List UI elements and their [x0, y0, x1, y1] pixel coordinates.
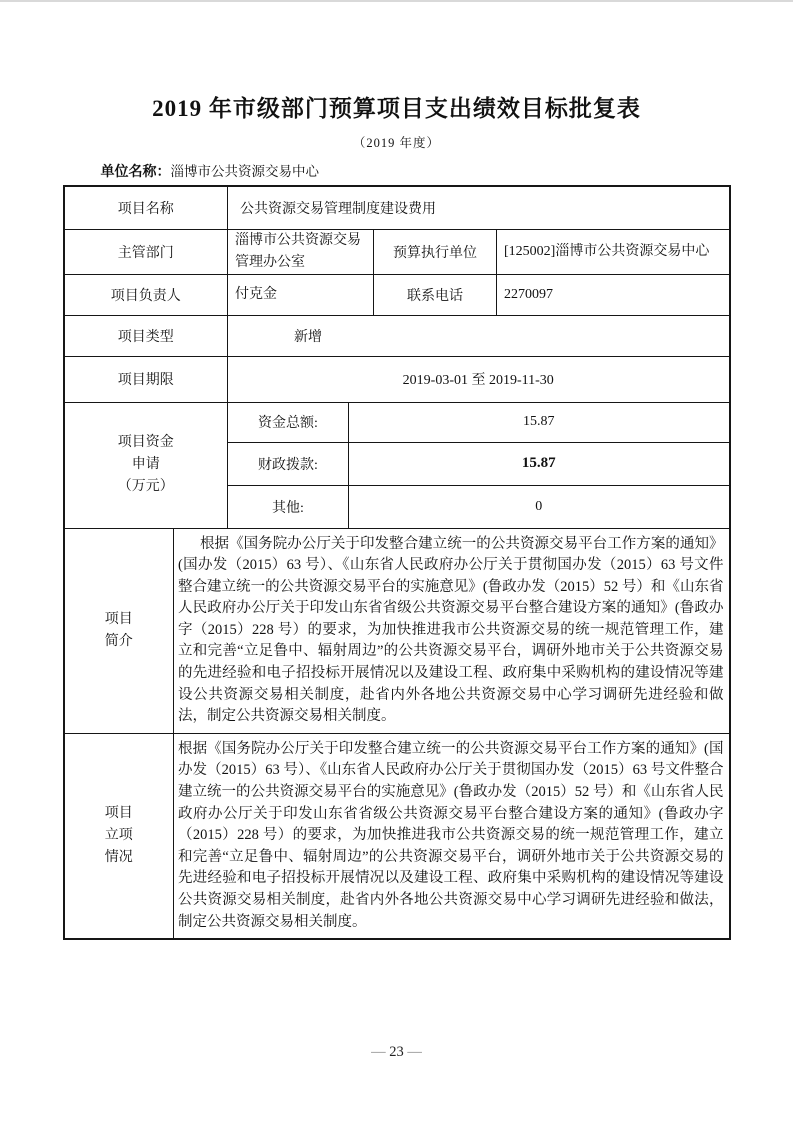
- budget-performance-table: 项目名称 公共资源交易管理制度建设费用 主管部门 淄博市公共资源交易管理办公室 …: [63, 185, 731, 940]
- table-row: 项目资金 申请 （万元） 资金总额: 15.87: [64, 402, 730, 442]
- funding-total-value: 15.87: [349, 402, 730, 442]
- project-period-value: 2019-03-01 至 2019-11-30: [228, 356, 730, 402]
- project-type-value: 新增: [228, 315, 730, 356]
- funding-total-label: 资金总额:: [228, 402, 349, 442]
- project-approval-text: 根据《国务院办公厅关于印发整合建立统一的公共资源交易平台工作方案的通知》(国办发…: [174, 733, 730, 939]
- project-type-label: 项目类型: [64, 315, 228, 356]
- table-row: 项目 立项 情况 根据《国务院办公厅关于印发整合建立统一的公共资源交易平台工作方…: [64, 733, 730, 939]
- project-intro-text: 根据《国务院办公厅关于印发整合建立统一的公共资源交易平台工作方案的通知》(国办发…: [174, 528, 730, 733]
- table-row: 主管部门 淄博市公共资源交易管理办公室 预算执行单位 [125002]淄博市公共…: [64, 229, 730, 274]
- page-number-right-dash: —: [407, 1044, 422, 1060]
- leader-label: 项目负责人: [64, 274, 228, 315]
- unit-name-line: 单位名称：淄博市公共资源交易中心: [64, 160, 730, 181]
- unit-name-label: 单位名称：: [101, 165, 171, 180]
- department-value: 淄博市公共资源交易管理办公室: [228, 229, 374, 274]
- phone-label: 联系电话: [374, 274, 497, 315]
- funding-fiscal-label: 财政拨款:: [228, 442, 349, 485]
- funding-other-value: 0: [349, 485, 730, 528]
- page-title: 2019 年市级部门预算项目支出绩效目标批复表: [0, 2, 793, 123]
- department-label: 主管部门: [64, 229, 228, 274]
- page-number-left-dash: —: [371, 1044, 386, 1060]
- phone-value: 2270097: [497, 274, 730, 315]
- project-name-label: 项目名称: [64, 186, 228, 229]
- exec-unit-value: [125002]淄博市公共资源交易中心: [497, 229, 730, 274]
- exec-unit-label: 预算执行单位: [374, 229, 497, 274]
- document-page: 2019 年市级部门预算项目支出绩效目标批复表 （2019 年度） 单位名称：淄…: [0, 0, 793, 1124]
- project-name-value: 公共资源交易管理制度建设费用: [228, 186, 730, 229]
- page-number-value: 23: [389, 1044, 404, 1060]
- project-approval-label: 项目 立项 情况: [64, 733, 174, 939]
- table-row: 项目负责人 付克金 联系电话 2270097: [64, 274, 730, 315]
- project-period-label: 项目期限: [64, 356, 228, 402]
- funding-other-label: 其他:: [228, 485, 349, 528]
- table-row: 项目 简介 根据《国务院办公厅关于印发整合建立统一的公共资源交易平台工作方案的通…: [64, 528, 730, 733]
- table-row: 项目期限 2019-03-01 至 2019-11-30: [64, 356, 730, 402]
- project-intro-label: 项目 简介: [64, 528, 174, 733]
- page-number: — 23 —: [0, 1044, 793, 1061]
- table-row: 项目名称 公共资源交易管理制度建设费用: [64, 186, 730, 229]
- unit-name-value: 淄博市公共资源交易中心: [171, 164, 320, 179]
- funding-fiscal-value: 15.87: [349, 442, 730, 485]
- funding-label: 项目资金 申请 （万元）: [64, 402, 228, 528]
- page-subtitle: （2019 年度）: [0, 133, 793, 151]
- table-row: 项目类型 新增: [64, 315, 730, 356]
- leader-value: 付克金: [228, 274, 374, 315]
